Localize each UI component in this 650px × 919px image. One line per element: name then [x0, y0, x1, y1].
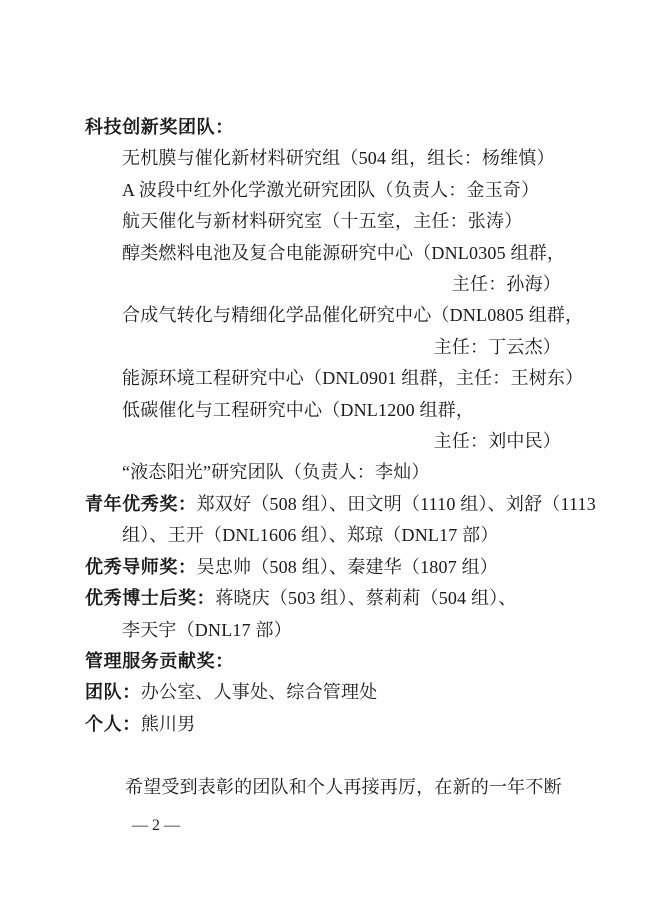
award-heading-label: 青年优秀奖：	[85, 494, 197, 514]
team-line-syngas: 合成气转化与精细化学品催化研究中心（DNL0805 组群，	[85, 300, 568, 331]
youth-award-line-continuation: 组）、王开（DNL1606 组）、郑琼（DNL17 部）	[85, 520, 568, 551]
director-text: 主任：孙海）	[452, 274, 561, 294]
mentor-award-line: 优秀导师奖：吴忠帅（508 组）、秦建华（1807 组）	[85, 552, 568, 583]
closing-text: 希望受到表彰的团队和个人再接再厉，在新的一年不断	[125, 777, 562, 797]
postdoc-award-line-continuation: 李天宇（DNL17 部）	[85, 615, 568, 646]
award-recipients: 吴忠帅（508 组）、秦建华（1807 组）	[197, 557, 498, 577]
award-heading-label: 优秀导师奖：	[85, 557, 197, 577]
team-text: “液态阳光”研究团队（负责人：李灿）	[122, 462, 430, 482]
team-line-liquid-sunshine: “液态阳光”研究团队（负责人：李灿）	[85, 457, 568, 488]
team-line-aerospace-catalysis: 航天催化与新材料研究室（十五室，主任：张涛）	[85, 206, 568, 237]
award-heading-label: 管理服务贡献奖：	[85, 651, 234, 671]
team-line-energy-environment: 能源环境工程研究中心（DNL0901 组群，主任：王树东）	[85, 363, 568, 394]
document-page: 科技创新奖团队： 无机膜与催化新材料研究组（504 组，组长：杨维慎） A 波段…	[0, 0, 650, 919]
award-recipients: 熊川男	[141, 714, 196, 734]
document-body: 科技创新奖团队： 无机膜与催化新材料研究组（504 组，组长：杨维慎） A 波段…	[85, 112, 568, 803]
award-heading-label: 优秀博士后奖：	[85, 588, 215, 608]
award-recipients: 郑双好（508 组）、田文明（1110 组）、刘舒（1113	[197, 494, 596, 514]
postdoc-award-line: 优秀博士后奖：蒋晓庆（503 组）、蔡莉莉（504 组）、	[85, 583, 568, 614]
team-text: A 波段中红外化学激光研究团队（负责人：金玉奇）	[122, 180, 539, 200]
award-recipients: 蒋晓庆（503 组）、蔡莉莉（504 组）、	[215, 588, 516, 608]
award-heading-label: 个人：	[85, 714, 141, 734]
director-line-dingyunjie: 主任：丁云杰）	[85, 332, 568, 363]
team-line-fuel-cell: 醇类燃料电池及复合电能源研究中心（DNL0305 组群，	[85, 238, 568, 269]
individual-award-line: 个人：熊川男	[85, 709, 568, 740]
team-text: 航天催化与新材料研究室（十五室，主任：张涛）	[122, 211, 522, 231]
award-heading-label: 团队：	[85, 682, 141, 702]
youth-award-line: 青年优秀奖：郑双好（508 组）、田文明（1110 组）、刘舒（1113	[85, 489, 568, 520]
heading-management-service-award: 管理服务贡献奖：	[85, 646, 568, 677]
team-line-laser: A 波段中红外化学激光研究团队（负责人：金玉奇）	[85, 175, 568, 206]
team-text: 能源环境工程研究中心（DNL0901 组群，主任：王树东）	[122, 368, 583, 388]
award-recipients: 组）、王开（DNL1606 组）、郑琼（DNL17 部）	[122, 525, 499, 545]
director-line-sunhai: 主任：孙海）	[85, 269, 568, 300]
award-recipients: 办公室、人事处、综合管理处	[141, 682, 378, 702]
director-text: 主任：刘中民）	[434, 431, 561, 451]
team-award-line: 团队：办公室、人事处、综合管理处	[85, 677, 568, 708]
team-line-inorganic-membrane: 无机膜与催化新材料研究组（504 组，组长：杨维慎）	[85, 143, 568, 174]
closing-paragraph-line: 希望受到表彰的团队和个人再接再厉，在新的一年不断	[85, 772, 568, 803]
award-recipients: 李天宇（DNL17 部）	[122, 620, 292, 640]
team-text: 低碳催化与工程研究中心（DNL1200 组群，	[122, 400, 474, 420]
director-line-liuzhongmin: 主任：刘中民）	[85, 426, 568, 457]
heading-tech-innovation-award: 科技创新奖团队：	[85, 112, 568, 143]
team-text: 合成气转化与精细化学品催化研究中心（DNL0805 组群，	[122, 305, 583, 325]
team-text: 无机膜与催化新材料研究组（504 组，组长：杨维慎）	[122, 148, 555, 168]
team-text: 醇类燃料电池及复合电能源研究中心（DNL0305 组群，	[122, 243, 565, 263]
director-text: 主任：丁云杰）	[434, 337, 561, 357]
page-number: — 2 —	[132, 817, 180, 835]
team-line-low-carbon: 低碳催化与工程研究中心（DNL1200 组群，	[85, 395, 568, 426]
award-heading-label: 科技创新奖团队：	[85, 117, 234, 137]
